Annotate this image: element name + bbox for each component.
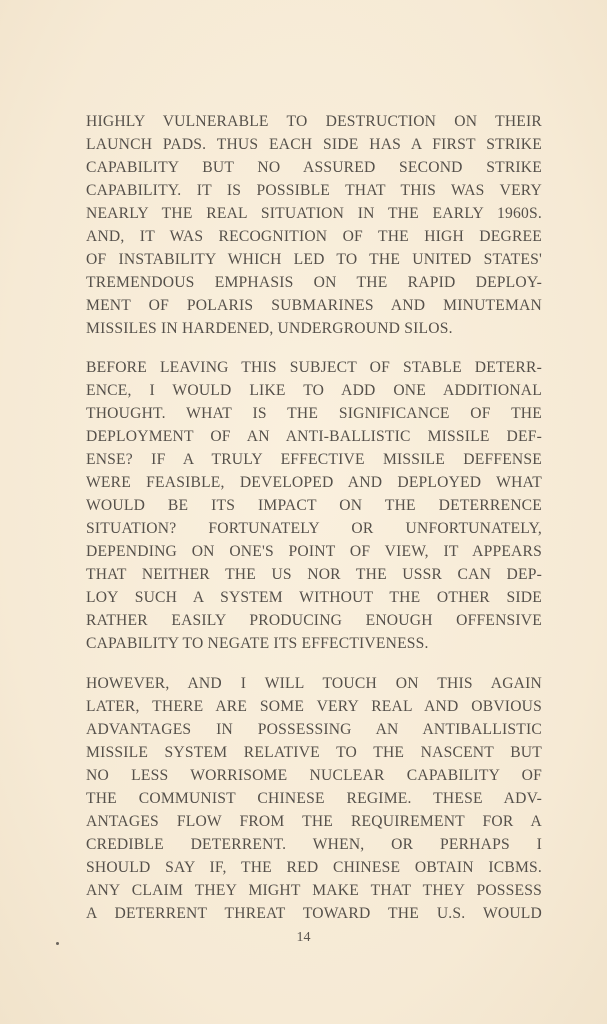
text-line: THAT NEITHER THE US NOR THE USSR CAN DEP… [86,563,542,586]
text-line: ENSE? IF A TRULY EFFECTIVE MISSILE DEFFE… [86,448,542,471]
text-line: RATHER EASILY PRODUCING ENOUGH OFFENSIVE [86,609,542,632]
text-line: WERE FEASIBLE, DEVELOPED AND DEPLOYED WH… [86,471,542,494]
text-line: ANTAGES FLOW FROM THE REQUIREMENT FOR A [86,810,542,833]
text-line: LAUNCH PADS. THUS EACH SIDE HAS A FIRST … [86,133,542,156]
text-line: THOUGHT. WHAT IS THE SIGNIFICANCE OF THE [86,402,542,425]
text-line: LATER, THERE ARE SOME VERY REAL AND OBVI… [86,695,542,718]
text-line: DEPENDING ON ONE'S POINT OF VIEW, IT APP… [86,540,542,563]
text-line: HIGHLY VULNERABLE TO DESTRUCTION ON THEI… [86,110,542,133]
text-line: NO LESS WORRISOME NUCLEAR CAPABILITY OF [86,764,542,787]
text-line: ENCE, I WOULD LIKE TO ADD ONE ADDITIONAL [86,379,542,402]
text-line: MENT OF POLARIS SUBMARINES AND MINUTEMAN [86,294,542,317]
paper-speck [56,942,59,945]
text-line: A DETERRENT THREAT TOWARD THE U.S. WOULD [86,902,542,925]
text-line: THE COMMUNIST CHINESE REGIME. THESE ADV- [86,787,542,810]
text-line: MISSILES IN HARDENED, UNDERGROUND SILOS. [86,317,542,340]
text-line: NEARLY THE REAL SITUATION IN THE EARLY 1… [86,202,542,225]
text-line: ADVANTAGES IN POSSESSING AN ANTIBALLISTI… [86,718,542,741]
text-line: DEPLOYMENT OF AN ANTI-BALLISTIC MISSILE … [86,425,542,448]
paragraph-2: BEFORE LEAVING THIS SUBJECT OF STABLE DE… [86,356,542,655]
document-page: HIGHLY VULNERABLE TO DESTRUCTION ON THEI… [0,0,607,1024]
paragraph-3: HOWEVER, AND I WILL TOUCH ON THIS AGAIN … [86,672,542,925]
text-line: ANY CLAIM THEY MIGHT MAKE THAT THEY POSS… [86,879,542,902]
text-line: WOULD BE ITS IMPACT ON THE DETERRENCE [86,494,542,517]
text-line: LOY SUCH A SYSTEM WITHOUT THE OTHER SIDE [86,586,542,609]
text-line: OF INSTABILITY WHICH LED TO THE UNITED S… [86,248,542,271]
text-line: HOWEVER, AND I WILL TOUCH ON THIS AGAIN [86,672,542,695]
text-line: AND, IT WAS RECOGNITION OF THE HIGH DEGR… [86,225,542,248]
text-line: TREMENDOUS EMPHASIS ON THE RAPID DEPLOY- [86,271,542,294]
paragraph-1: HIGHLY VULNERABLE TO DESTRUCTION ON THEI… [86,110,542,340]
text-line: MISSILE SYSTEM RELATIVE TO THE NASCENT B… [86,741,542,764]
text-line: BEFORE LEAVING THIS SUBJECT OF STABLE DE… [86,356,542,379]
text-line: SITUATION? FORTUNATELY OR UNFORTUNATELY, [86,517,542,540]
text-line: CAPABILITY BUT NO ASSURED SECOND STRIKE [86,156,542,179]
text-line: SHOULD SAY IF, THE RED CHINESE OBTAIN IC… [86,856,542,879]
text-line: CAPABILITY. IT IS POSSIBLE THAT THIS WAS… [86,179,542,202]
text-line: CAPABILITY TO NEGATE ITS EFFECTIVENESS. [86,632,542,655]
page-number: 14 [0,930,607,946]
text-line: CREDIBLE DETERRENT. WHEN, OR PERHAPS I [86,833,542,856]
